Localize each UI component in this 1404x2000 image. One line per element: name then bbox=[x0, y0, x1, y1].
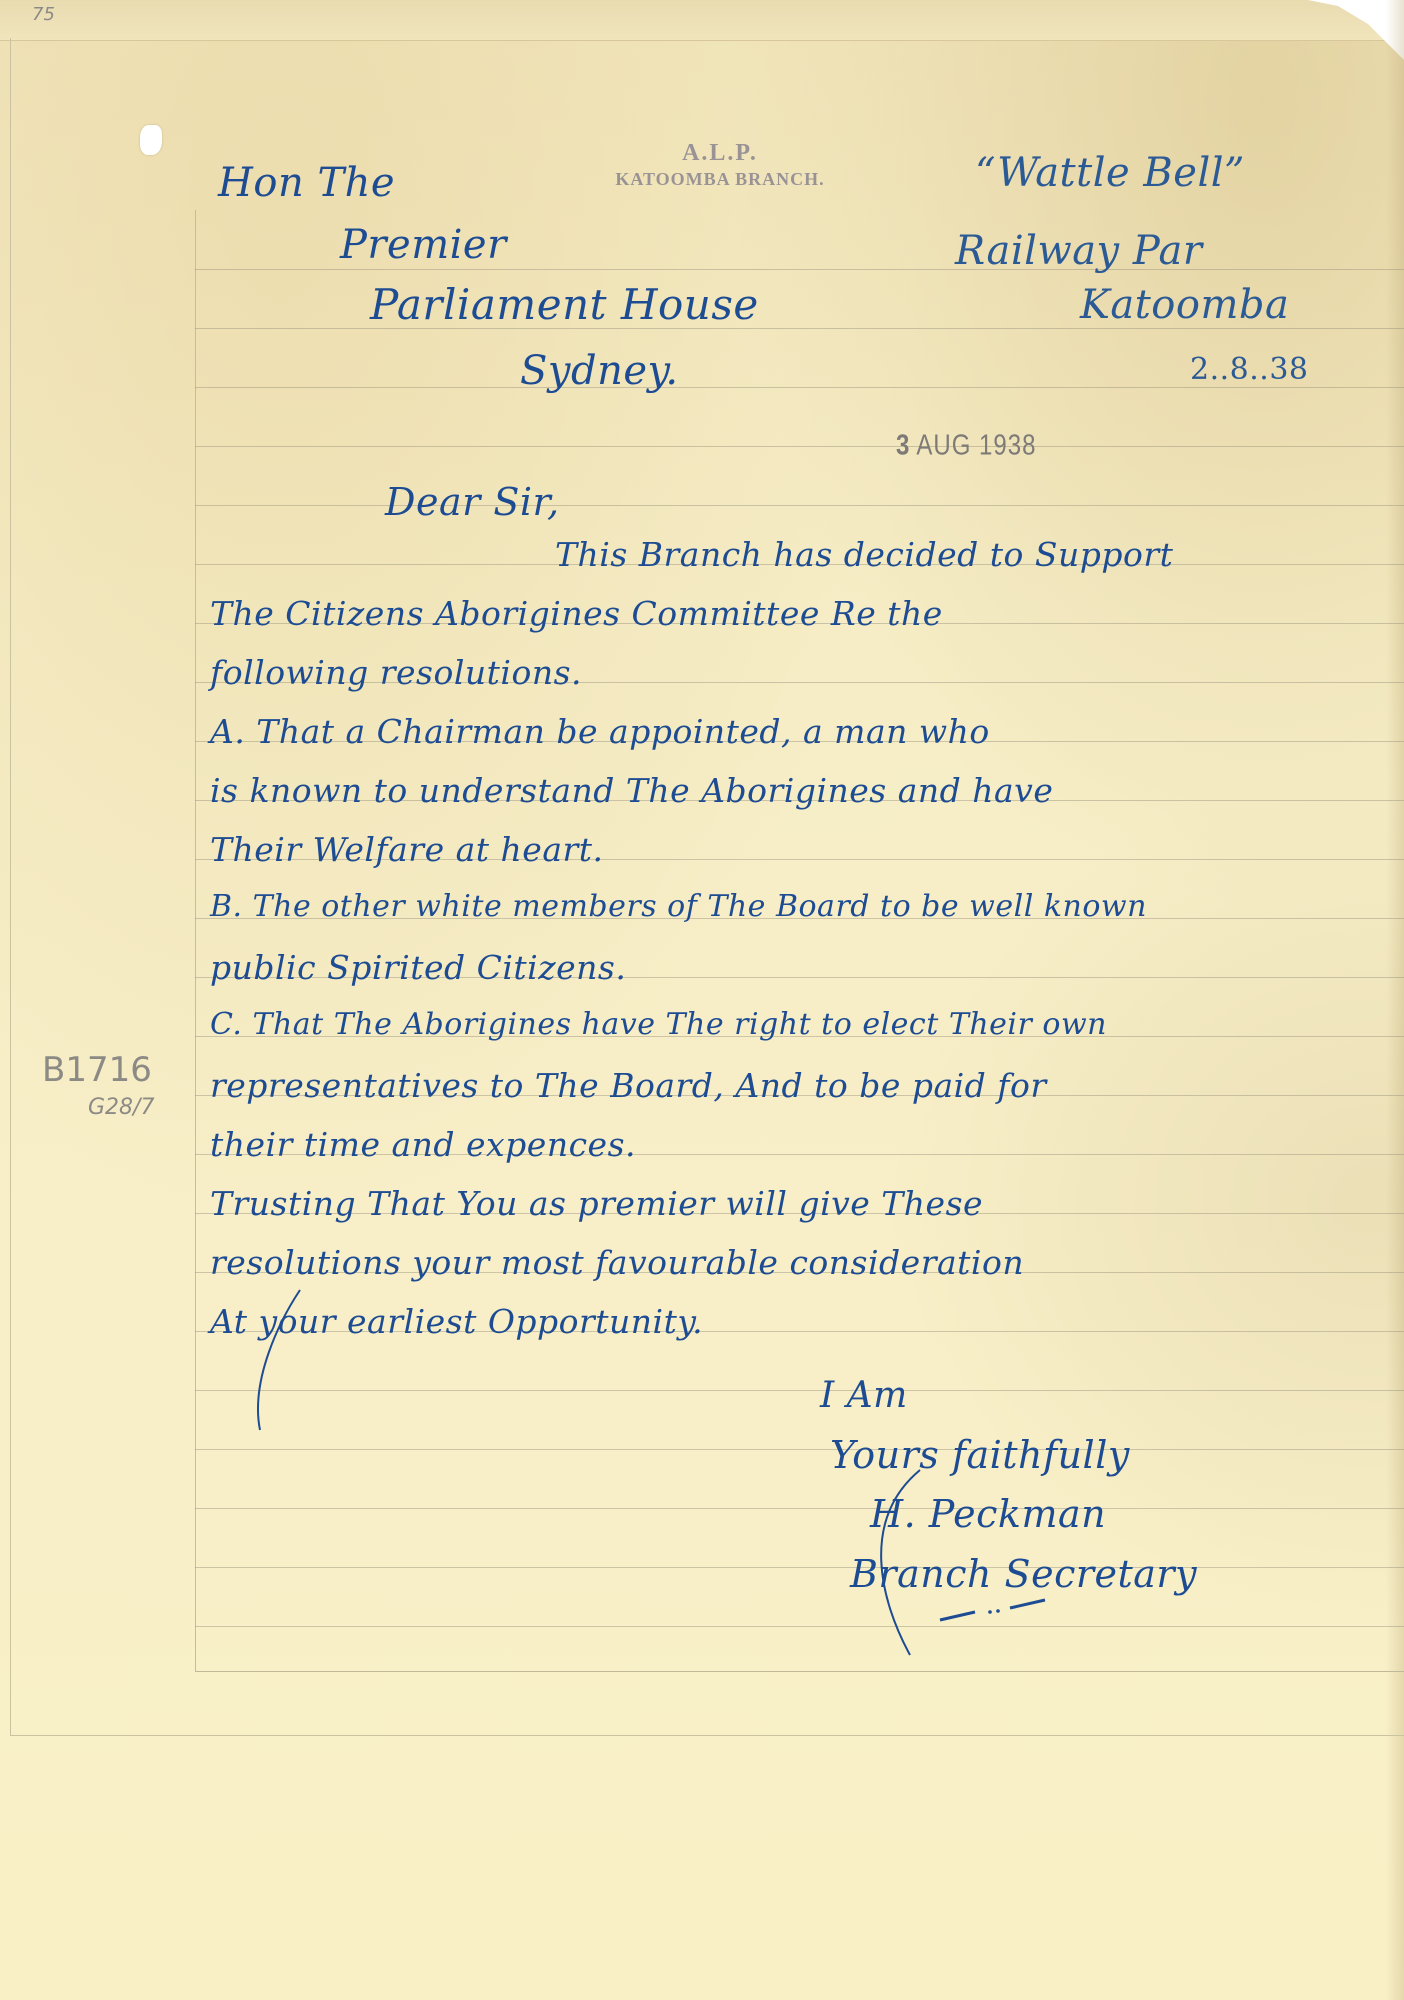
ink-flourishes bbox=[0, 0, 1404, 2000]
